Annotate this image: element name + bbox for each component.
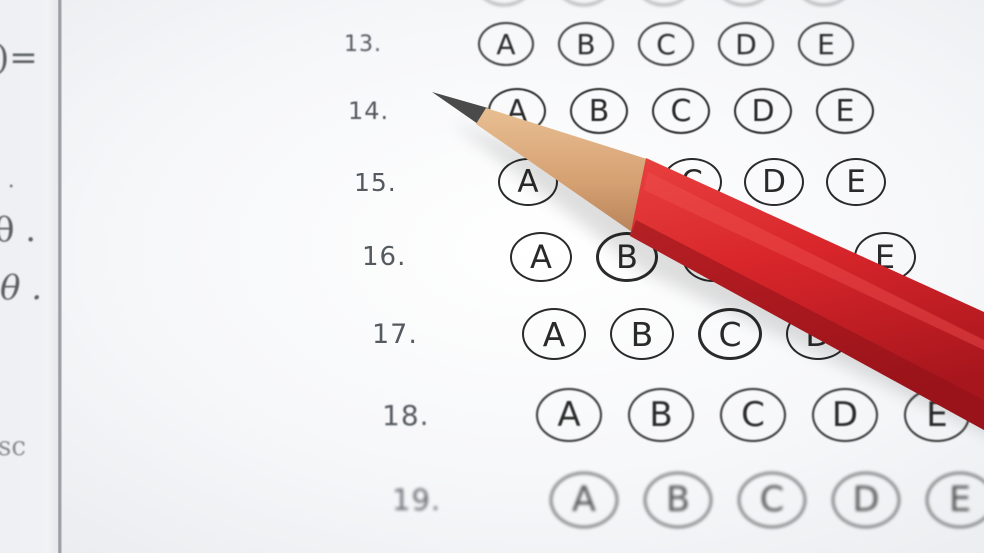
bubble-e[interactable]: E [798,22,854,66]
bubble-c[interactable]: C [738,472,806,528]
bubble-e[interactable]: E [854,232,916,282]
question-number: 14. [348,97,488,125]
answer-row: 17. A B C D E [372,308,938,360]
bubble-e[interactable]: E [874,308,938,360]
bubble-d[interactable]: D [768,232,830,282]
bubble-a[interactable]: A [550,472,618,528]
question-number: 17. [372,319,522,350]
answer-row: 18. A B C D E [382,388,970,442]
bubble-c[interactable]: C [638,22,694,66]
bubble-a[interactable]: A [522,308,586,360]
page-edge-divider [58,0,62,553]
bubble-d[interactable]: D [718,22,774,66]
margin-fragment: θ . [0,268,42,308]
answer-row: 19. A B C D E [392,472,984,528]
answer-row: 13. A B C D E [344,22,854,66]
bubble-c[interactable]: C [720,388,786,442]
question-number: 19. [392,483,550,517]
question-number: 15. [354,168,498,197]
bubble-b[interactable]: B [628,388,694,442]
answer-row: 14. A B C D E [348,88,874,134]
answer-row: 16. A B C D E [362,232,916,282]
margin-fragment: )= [0,38,38,78]
bubble-b[interactable]: B [558,22,614,66]
bubble-a[interactable]: A [536,388,602,442]
bubble-d[interactable]: D [744,158,804,206]
question-number: 13. [344,32,478,57]
bubble-a[interactable]: A [510,232,572,282]
bubble-a[interactable]: A [488,88,546,134]
bubble-b[interactable]: B [570,88,628,134]
bubble-c[interactable]: C [652,88,710,134]
bubble-c[interactable]: C [682,232,744,282]
bubble-c[interactable]: C [662,158,722,206]
margin-fragment: sc [0,432,26,462]
bubble-b[interactable]: B [644,472,712,528]
bubble-b[interactable]: B [580,158,640,206]
bubble-d[interactable]: D [786,308,850,360]
margin-fragment: . [8,168,14,192]
answer-row-partial [476,0,852,6]
bubble-e[interactable]: E [926,472,984,528]
bubble-a[interactable]: A [478,22,534,66]
bubble-b[interactable]: B [610,308,674,360]
bubble-d[interactable]: D [734,88,792,134]
answer-row: 15. A B C D E [354,158,886,206]
bubble-e[interactable]: E [816,88,874,134]
bubble-a[interactable]: A [498,158,558,206]
margin-fragment: θ . [0,210,36,250]
question-number: 16. [362,242,510,272]
answer-sheet-photo: )= . θ . θ . sc 13. A B C D E 14. A B C … [0,0,984,553]
bubble-e[interactable]: E [826,158,886,206]
bubble-e[interactable]: E [904,388,970,442]
bubble-d[interactable]: D [832,472,900,528]
bubble-b[interactable]: B [596,232,658,282]
bubble-d[interactable]: D [812,388,878,442]
bubble-c[interactable]: C [698,308,762,360]
question-number: 18. [382,399,536,432]
